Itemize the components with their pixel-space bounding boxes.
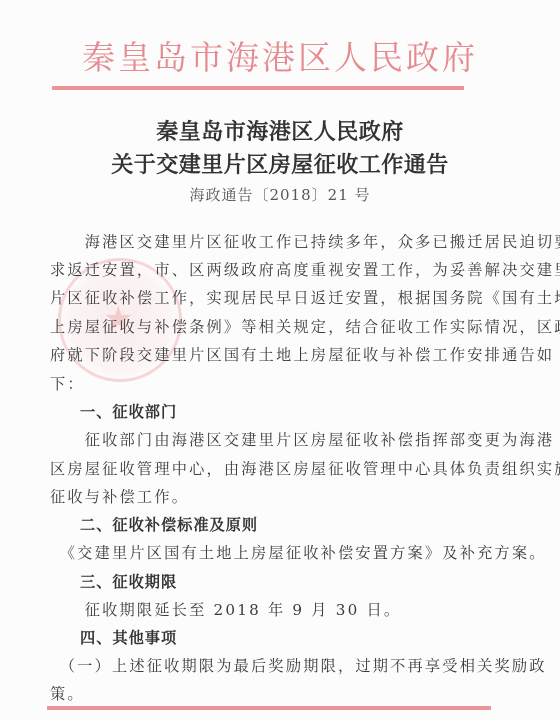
section-heading-3: 三、征收期限 xyxy=(80,568,500,596)
section-line: 征收部门由海港区交建里片区房屋征收补偿指挥部变更为海港 xyxy=(50,426,470,454)
notice-title-line2: 关于交建里片区房屋征收工作通告 xyxy=(0,148,560,179)
notice-title-line1: 秦皇岛市海港区人民政府 xyxy=(0,115,560,146)
intro-line: 下： xyxy=(50,370,470,398)
section-heading-2: 二、征收补偿标准及原则 xyxy=(80,511,500,539)
intro-line: 片区征收补偿工作，实现居民早日返迁安置，根据国务院《国有土地 xyxy=(50,284,470,312)
section-line: 区房屋征收管理中心，由海港区房屋征收管理中心具体负责组织实施 xyxy=(50,455,470,483)
masthead-title: 秦皇岛市海港区人民政府 xyxy=(0,32,560,79)
intro-line: 求返迁安置，市、区两级政府高度重视安置工作，为妥善解决交建里 xyxy=(50,256,470,284)
section-heading-1: 一、征收部门 xyxy=(80,398,500,426)
intro-line: 海港区交建里片区征收工作已持续多年，众多已搬迁居民迫切要 xyxy=(50,228,470,256)
footer-rule xyxy=(47,706,491,710)
section-heading-4: 四、其他事项 xyxy=(80,624,500,652)
section-line: 征收期限延长至 2018 年 9 月 30 日。 xyxy=(50,596,470,624)
section-line: 《交建里片区国有土地上房屋征收补偿安置方案》及补充方案。 xyxy=(50,539,470,567)
intro-line: 上房屋征收与补偿条例》等相关规定，结合征收工作实际情况，区政 xyxy=(50,313,470,341)
section-line: 征收与补偿工作。 xyxy=(50,483,470,511)
section-line: （一）上述征收期限为最后奖励期限，过期不再享受相关奖励政 xyxy=(50,652,470,680)
intro-line: 府就下阶段交建里片区国有土地上房屋征收与补偿工作安排通告如 xyxy=(50,341,470,369)
document-number: 海政通告〔2018〕21 号 xyxy=(0,184,560,205)
section-line: 策。 xyxy=(50,680,470,708)
masthead-rule xyxy=(52,86,464,90)
